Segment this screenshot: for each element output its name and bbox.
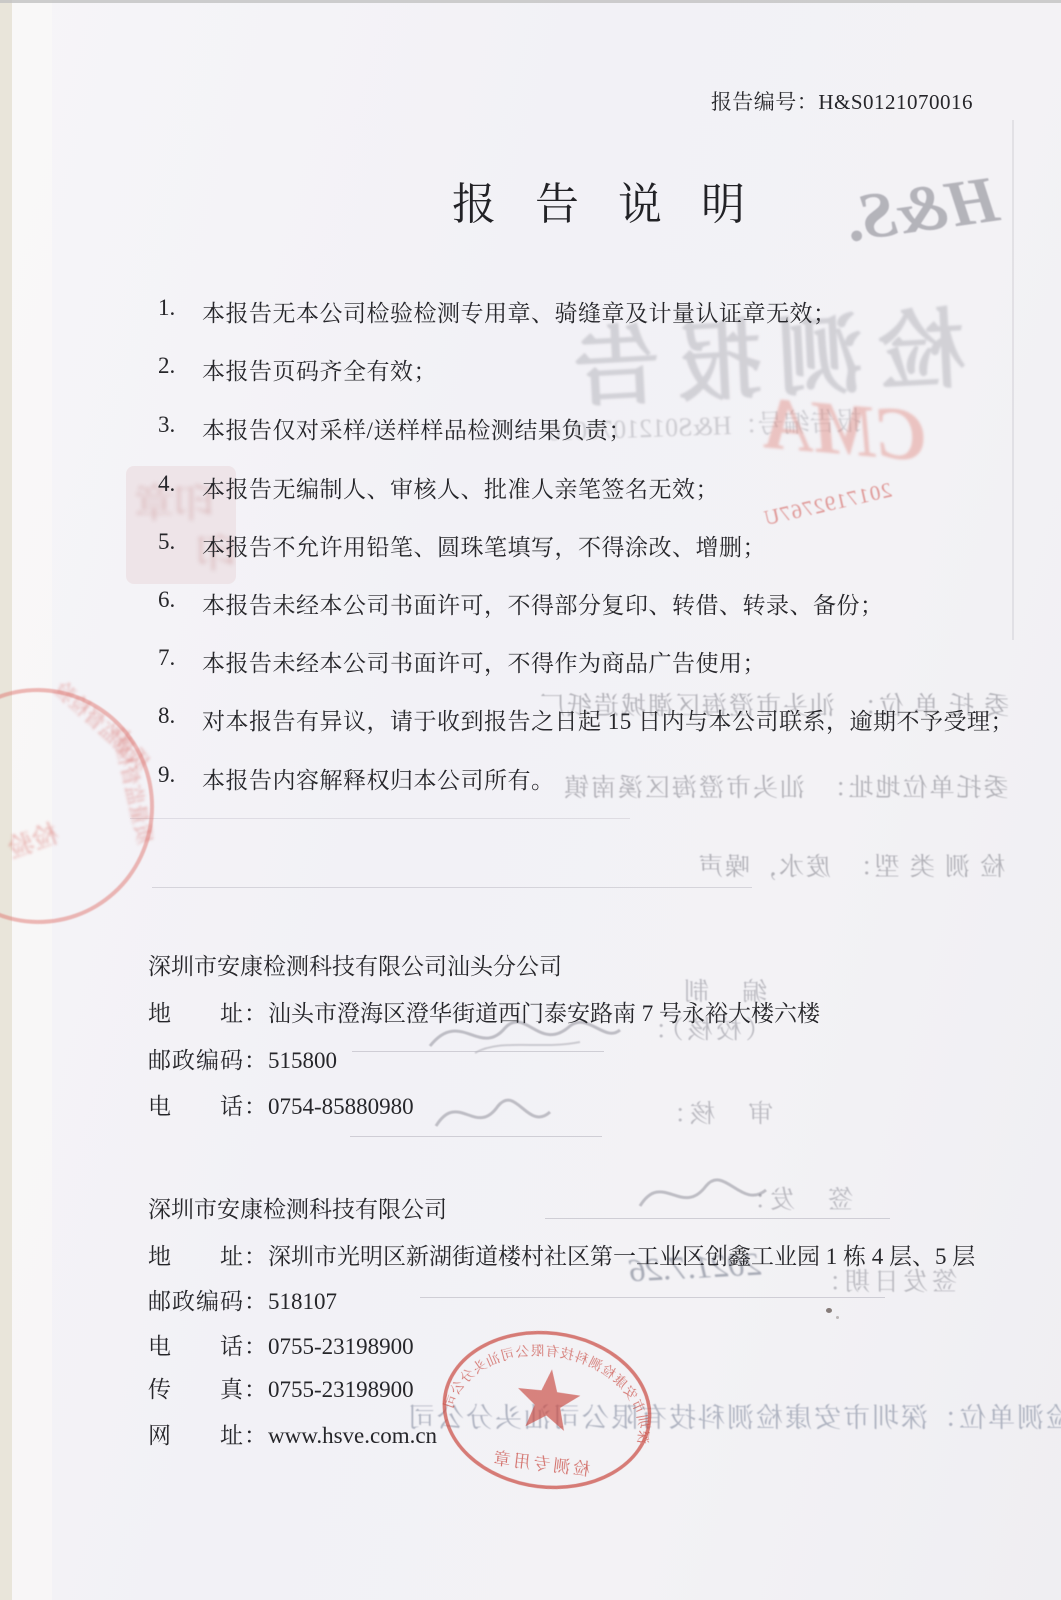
- company-round-seal: 深圳市安康检测科技有限公司汕头分公司 检测专用章: [426, 1311, 667, 1509]
- ink-speck: [826, 1308, 832, 1313]
- ghost-underline: [152, 887, 752, 888]
- seal-bottom-text: 检测专用章: [490, 1448, 592, 1480]
- company-name-shenzhen: 深圳市安康检测科技有限公司: [148, 1191, 447, 1224]
- scan-top-edge: [0, 0, 1061, 3]
- postcode-line: 邮政编码：515800: [148, 1042, 337, 1075]
- address-line: 地 址：深圳市光明区新湖街道楼村社区第一工业区创鑫工业园 1 栋 4 层、5 层: [148, 1238, 975, 1271]
- ghost-test-type-line: 检 测 类 型： 废水，噪声: [696, 847, 1005, 883]
- note-number: 9.: [158, 762, 202, 795]
- seal-star-icon: [514, 1365, 584, 1432]
- ghost-underline: [350, 1136, 602, 1137]
- postcode-line: 邮政编码：518107: [148, 1283, 337, 1316]
- note-item: 7. 本报告未经本公司书面许可，不得作为商品广告使用；: [158, 645, 998, 678]
- ink-speck: [836, 1316, 839, 1319]
- note-number: 2.: [158, 353, 202, 386]
- note-number: 3.: [158, 412, 202, 445]
- paper-crease: [1012, 120, 1014, 640]
- note-item: 4. 本报告无编制人、审核人、批准人亲笔签名无效；: [158, 471, 998, 504]
- ghost-signature-issue: [630, 1164, 775, 1224]
- note-number: 5.: [158, 529, 202, 562]
- note-number: 1.: [158, 295, 202, 328]
- note-number: 8.: [158, 703, 202, 736]
- ghost-signature-review: [428, 1082, 558, 1144]
- note-text: 本报告无编制人、审核人、批准人亲笔签名无效；: [202, 471, 719, 504]
- note-item: 6. 本报告未经本公司书面许可，不得部分复印、转借、转录、备份；: [158, 587, 998, 620]
- note-item: 5. 本报告不允许用铅笔、圆珠笔填写，不得涂改、增删；: [158, 529, 998, 562]
- ghost-underline: [130, 818, 630, 819]
- company-name-shantou: 深圳市安康检测科技有限公司汕头分公司: [148, 948, 562, 981]
- address-line: 地 址：汕头市澄海区澄华街道西门泰安路南 7 号永裕大楼六楼: [148, 995, 820, 1028]
- note-item: 1. 本报告无本公司检验检测专用章、骑缝章及计量认证章无效；: [158, 295, 998, 328]
- ghost-review-label: 审 核：: [657, 1094, 773, 1130]
- note-text: 本报告内容解释权归本公司所有。: [202, 762, 555, 795]
- note-text: 本报告未经本公司书面许可，不得部分复印、转借、转录、备份；: [202, 587, 884, 620]
- page-title: 报 告 说 明: [452, 168, 759, 232]
- note-number: 7.: [158, 645, 202, 678]
- phone-line: 电 话：0754-85880980: [148, 1088, 414, 1121]
- note-text: 本报告无本公司检验检测专用章、骑缝章及计量认证章无效；: [202, 295, 837, 328]
- ghost-underline: [420, 1297, 885, 1298]
- note-text: 本报告未经本公司书面许可，不得作为商品广告使用；: [202, 645, 766, 678]
- phone-line: 电 话：0755-23198900: [148, 1328, 414, 1361]
- ghost-underline: [352, 1051, 604, 1052]
- note-item: 3. 本报告仅对采样/送样样品检测结果负责；: [158, 412, 998, 445]
- note-text: 本报告页码齐全有效；: [202, 353, 437, 386]
- ghost-underline: [545, 1218, 890, 1219]
- note-text: 对本报告有异议，请于收到报告之日起 15 日内与本公司联系，逾期不予受理；: [202, 703, 1014, 736]
- fax-line: 传 真：0755-23198900: [148, 1371, 414, 1404]
- note-text: 本报告仅对采样/送样样品检测结果负责；: [202, 412, 632, 445]
- note-number: 6.: [158, 587, 202, 620]
- note-text: 本报告不允许用铅笔、圆珠笔填写，不得涂改、增删；: [202, 529, 766, 562]
- report-number: 报告编号：H&S0121070016: [711, 86, 973, 116]
- note-item: 8. 对本报告有异议，请于收到报告之日起 15 日内与本公司联系，逾期不予受理；: [158, 703, 998, 736]
- note-number: 4.: [158, 471, 202, 504]
- note-item: 2. 本报告页码齐全有效；: [158, 353, 998, 386]
- note-item: 9. 本报告内容解释权归本公司所有。: [158, 762, 998, 795]
- website-line: 网 址：www.hsve.com.cn: [148, 1417, 437, 1450]
